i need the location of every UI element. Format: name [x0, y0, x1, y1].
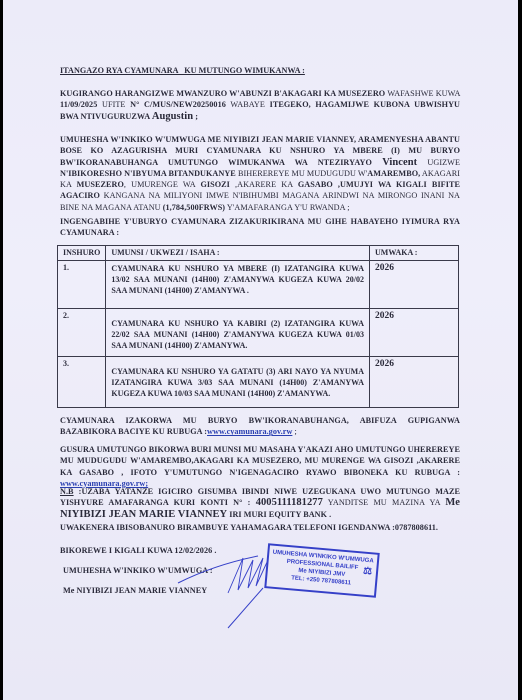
- text: GISOZI: [200, 180, 229, 189]
- case-number: N° C/MUS/NEW20250016: [130, 100, 226, 109]
- official-stamp: UMUHESHA W'INKIKO W'UMWUGA PROFESSIONAL …: [264, 543, 379, 598]
- text: ,UMUJYI WA KIGALI: [333, 180, 427, 189]
- header-year: UMWAKA :: [370, 246, 459, 261]
- round-number: 2.: [58, 309, 106, 357]
- paragraph-contact: UWAKENERA IBISOBANURO BIRAMBUYE YAHAMAGA…: [60, 522, 480, 533]
- table-row: 3. CYAMUNARA KU NSHURO YA GATATU (3) ARI…: [58, 357, 459, 408]
- text: , UMURENGE WA: [124, 180, 201, 189]
- round-year: 2026: [370, 357, 459, 408]
- asset-value: (1,784,500FRWS): [163, 203, 225, 212]
- text: N'IBIKORESHO N'IBYUMA BITANDUKANYE: [60, 169, 236, 178]
- table-row: 2. CYAMUNARA KU NSHURO YA KABIRI (2) IZA…: [58, 309, 459, 357]
- round-number: 1.: [58, 261, 106, 309]
- text: AMAREMBO,: [367, 169, 420, 178]
- table-row: 1. CYAMUNARA KU NSHURO YA MBERE (I) IZAT…: [58, 261, 459, 309]
- auction-schedule-table: INSHURO UMUNSI / UKWEZI / ISAHA : UMWAKA…: [57, 245, 459, 408]
- paragraph-schedule-intro: INGENGABIHE Y'UBURYO CYAMUNARA ZIZAKURIK…: [60, 216, 460, 239]
- paragraph-online-bidding: CYAMUNARA IZAKORWA MU BURYO BW'IKORANABU…: [60, 415, 460, 438]
- text: ;: [292, 427, 296, 436]
- text: UFITE: [97, 100, 130, 109]
- text: WABAYE: [226, 100, 270, 109]
- text: WAFASHWE KUWA: [387, 89, 460, 98]
- paragraph-payment-note: N.B :UZABA YATANZE IGICIRO GISUMBA IBIND…: [60, 486, 460, 520]
- text: IRI MURI EQUITY BANK .: [227, 510, 331, 519]
- judgment-date: 11/09/2025: [60, 100, 97, 109]
- round-number: 3.: [58, 357, 106, 408]
- text: GUSURA UMUTUNGO BIKORWA BURI MUNSI MU MA…: [60, 445, 460, 477]
- round-schedule: CYAMUNARA KU NSHURO YA KABIRI (2) IZATAN…: [106, 309, 370, 357]
- document-page: ITANGAZO RYA CYAMUNARA KU MUTUNGO WIMUKA…: [3, 0, 518, 700]
- text: KUGIRANGO HARANGIZWE MWANZURO W'ABUNZI B…: [60, 89, 387, 98]
- header-round: INSHURO: [58, 246, 106, 261]
- text: ;: [193, 112, 198, 121]
- text: YANDITSE MU MAZINA YA: [323, 498, 445, 507]
- scales-icon: ⚖: [363, 568, 373, 577]
- debtor-name: Augustin: [152, 111, 193, 122]
- paragraph-auction-notice: UMUHESHA W'INKIKO W'UMWUGA ME NIYIBIZI J…: [60, 134, 460, 213]
- header-date-time: UMUNSI / UKWEZI / ISAHA :: [106, 246, 370, 261]
- round-schedule: CYAMUNARA KU NSHURO YA MBERE (I) IZATANG…: [106, 261, 370, 309]
- round-year: 2026: [370, 309, 459, 357]
- auction-website-link[interactable]: www.cyamunara.gov.rw: [207, 427, 292, 436]
- text: Y'AMAFARANGA Y'U RWANDA ;: [225, 203, 350, 212]
- paragraph-visit-info: GUSURA UMUTUNGO BIKORWA BURI MUNSI MU MA…: [60, 444, 460, 489]
- nb-label: N.B: [60, 487, 74, 496]
- text: BIHEREREYE MU MUDUGUDU W': [236, 169, 367, 178]
- text: GASABO: [298, 180, 333, 189]
- text: MUSEZERO: [77, 180, 124, 189]
- round-year: 2026: [370, 261, 459, 309]
- account-number: 4005111181277: [256, 497, 323, 508]
- text: UGIZWE: [417, 158, 460, 167]
- round-schedule: CYAMUNARA KU NSHURO YA GATATU (3) ARI NA…: [106, 357, 370, 408]
- announcement-title: ITANGAZO RYA CYAMUNARA KU MUTUNGO WIMUKA…: [60, 66, 305, 75]
- table-header-row: INSHURO UMUNSI / UKWEZI / ISAHA : UMWAKA…: [58, 246, 459, 261]
- text: ,AKARERE KA: [230, 180, 298, 189]
- owner-name: Vincent: [382, 157, 417, 168]
- paragraph-judgment: KUGIRANGO HARANGIZWE MWANZURO W'ABUNZI B…: [60, 88, 460, 122]
